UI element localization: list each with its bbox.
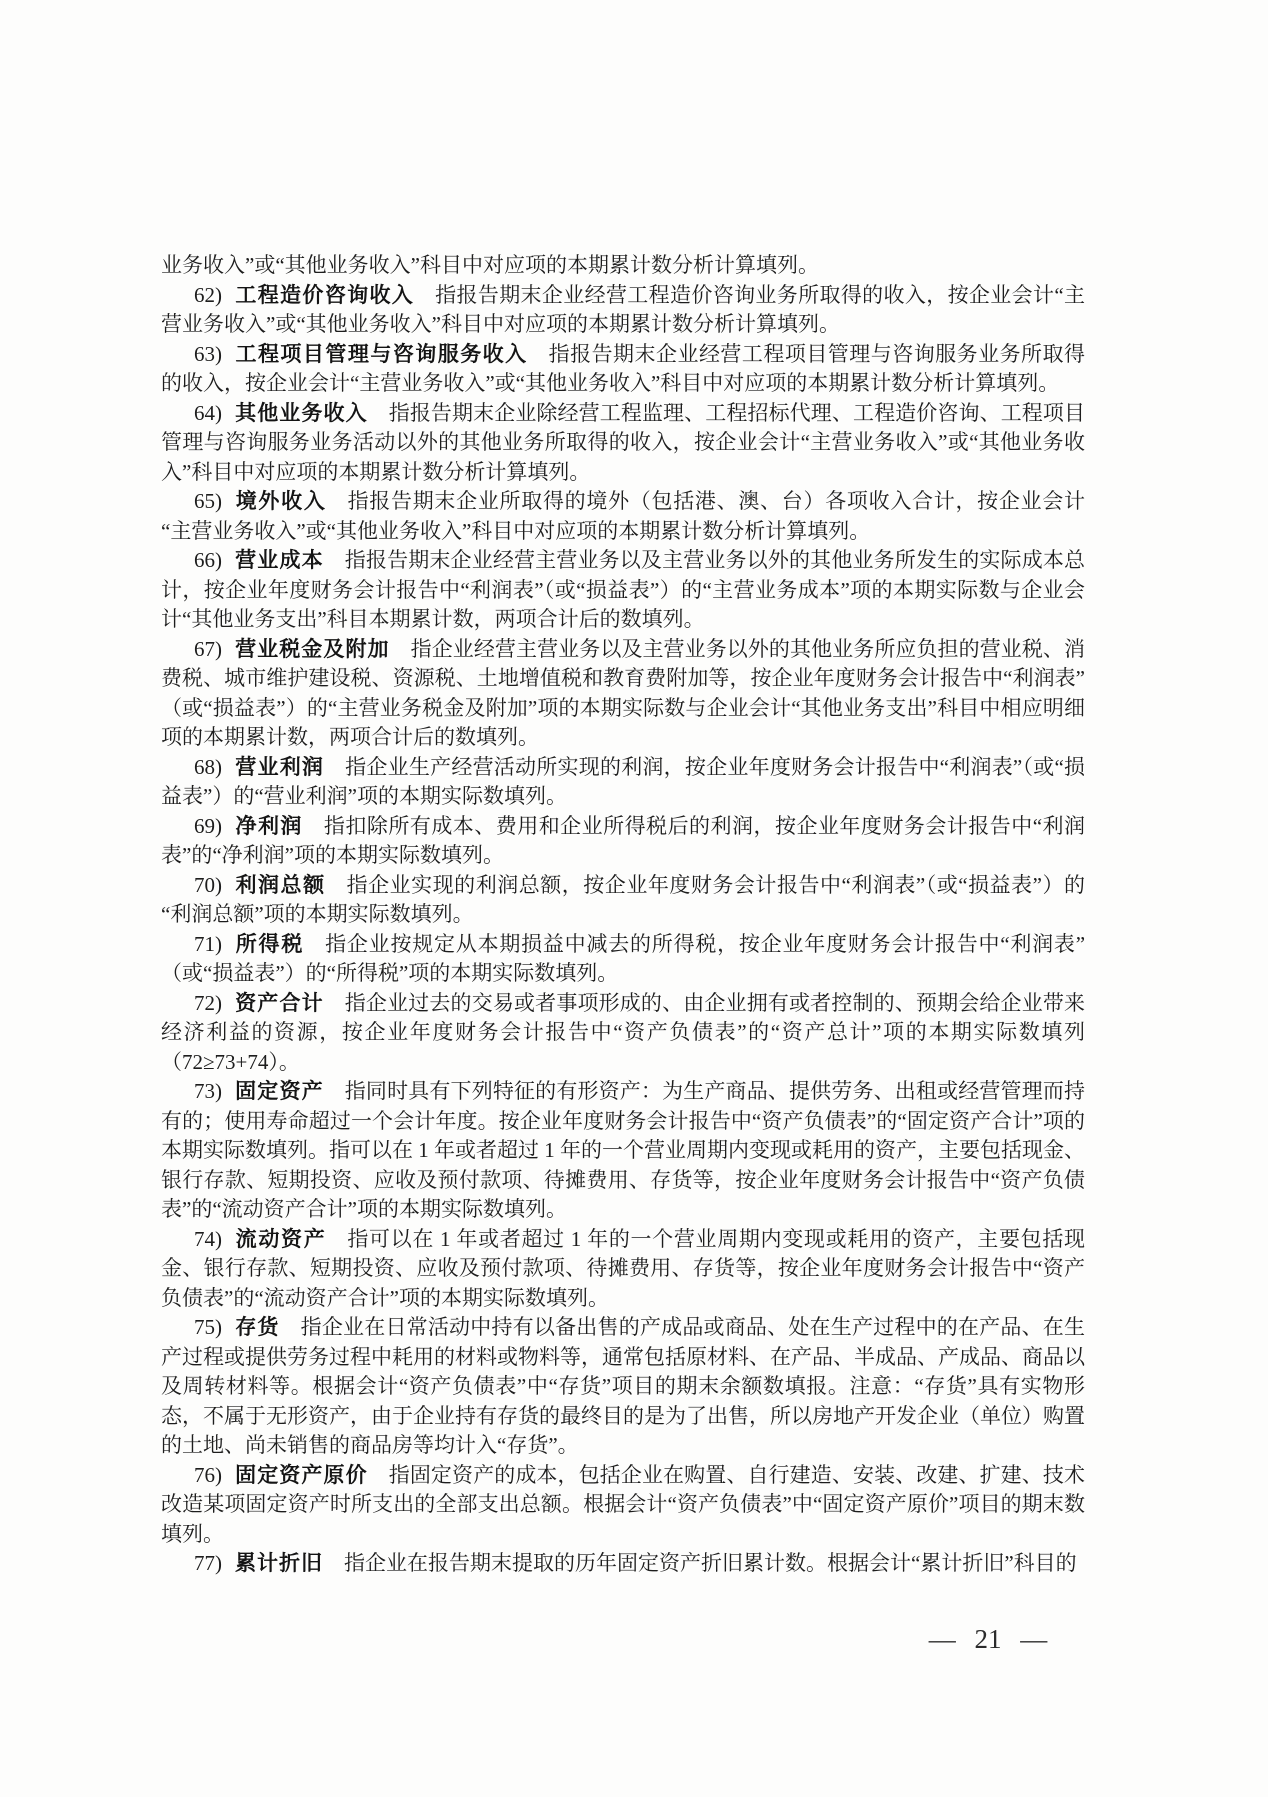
definition-item: 77)累计折旧指企业在报告期末提取的历年固定资产折旧累计数。根据会计“累计折旧”… [161, 1549, 1085, 1579]
definition-item: 66)营业成本指报告期末企业经营主营业务以及主营业务以外的其他业务所发生的实际成… [161, 546, 1085, 635]
definition-item: 69)净利润指扣除所有成本、费用和企业所得税后的利润，按企业年度财务会计报告中“… [161, 812, 1085, 871]
item-number: 77) [194, 1551, 222, 1575]
item-term: 存货 [235, 1316, 280, 1339]
item-term: 境外收入 [235, 490, 327, 513]
item-term: 净利润 [235, 815, 303, 838]
definition-list: 62)工程造价咨询收入指报告期末企业经营工程造价咨询业务所取得的收入，按企业会计… [161, 281, 1085, 1579]
definition-item: 65)境外收入指报告期末企业所取得的境外（包括港、澳、台）各项收入合计，按企业会… [161, 487, 1085, 546]
definition-item: 62)工程造价咨询收入指报告期末企业经营工程造价咨询业务所取得的收入，按企业会计… [161, 281, 1085, 340]
definition-item: 68)营业利润指企业生产经营活动所实现的利润，按企业年度财务会计报告中“利润表”… [161, 753, 1085, 812]
item-number: 75) [194, 1315, 222, 1339]
item-term: 固定资产 [235, 1080, 324, 1103]
definition-item: 75)存货指企业在日常活动中持有以备出售的产成品或商品、处在生产过程中的在产品、… [161, 1313, 1085, 1461]
page-number: — 21 — [906, 1624, 1070, 1654]
item-description: 指企业在日常活动中持有以备出售的产成品或商品、处在生产过程中的在产品、在生产过程… [161, 1315, 1085, 1457]
item-number: 76) [194, 1463, 222, 1487]
item-term: 利润总额 [235, 874, 326, 897]
definition-item: 71)所得税指企业按规定从本期损益中减去的所得税，按企业年度财务会计报告中“利润… [161, 930, 1085, 989]
item-term: 工程造价咨询收入 [235, 284, 414, 307]
definition-item: 74)流动资产指可以在 1 年或者超过 1 年的一个营业周期内变现或耗用的资产，… [161, 1225, 1085, 1314]
item-description: 指企业在报告期末提取的历年固定资产折旧累计数。根据会计“累计折旧”科目的 [344, 1551, 1077, 1575]
item-number: 67) [194, 637, 222, 661]
definition-item: 76)固定资产原价指固定资产的成本，包括企业在购置、自行建造、安装、改建、扩建、… [161, 1461, 1085, 1550]
item-term: 营业税金及附加 [235, 638, 390, 661]
item-term: 资产合计 [235, 992, 324, 1015]
item-number: 72) [194, 991, 222, 1015]
item-term: 其他业务收入 [235, 402, 368, 425]
definition-item: 64)其他业务收入指报告期末企业除经营工程监理、工程招标代理、工程造价咨询、工程… [161, 399, 1085, 488]
document-body: 业务收入”或“其他业务收入”科目中对应项的本期累计数分析计算填列。 62)工程造… [161, 251, 1085, 1579]
item-number: 71) [194, 932, 222, 956]
paragraph-continuation: 业务收入”或“其他业务收入”科目中对应项的本期累计数分析计算填列。 [161, 251, 1085, 281]
definition-item: 73)固定资产指同时具有下列特征的有形资产：为生产商品、提供劳务、出租或经营管理… [161, 1077, 1085, 1225]
item-number: 68) [194, 755, 222, 779]
definition-item: 70)利润总额指企业实现的利润总额，按企业年度财务会计报告中“利润表”（或“损益… [161, 871, 1085, 930]
item-number: 62) [194, 283, 222, 307]
item-number: 74) [194, 1227, 222, 1251]
item-number: 64) [194, 401, 222, 425]
item-number: 65) [194, 489, 222, 513]
definition-item: 72)资产合计指企业过去的交易或者事项形成的、由企业拥有或者控制的、预期会给企业… [161, 989, 1085, 1078]
item-number: 63) [194, 342, 222, 366]
item-term: 营业成本 [235, 549, 324, 572]
item-number: 69) [194, 814, 222, 838]
definition-item: 63)工程项目管理与咨询服务收入指报告期末企业经营工程项目管理与咨询服务业务所取… [161, 340, 1085, 399]
document-page: 业务收入”或“其他业务收入”科目中对应项的本期累计数分析计算填列。 62)工程造… [0, 0, 1268, 1797]
item-number: 66) [194, 548, 222, 572]
item-term: 流动资产 [235, 1228, 326, 1251]
item-term: 累计折旧 [235, 1552, 323, 1575]
item-number: 73) [194, 1079, 222, 1103]
item-number: 70) [194, 873, 222, 897]
item-term: 所得税 [235, 933, 304, 956]
item-term: 固定资产原价 [235, 1464, 368, 1487]
item-term: 营业利润 [235, 756, 324, 779]
item-term: 工程项目管理与咨询服务收入 [235, 343, 528, 366]
definition-item: 67)营业税金及附加指企业经营主营业务以及主营业务以外的其他业务所应负担的营业税… [161, 635, 1085, 753]
